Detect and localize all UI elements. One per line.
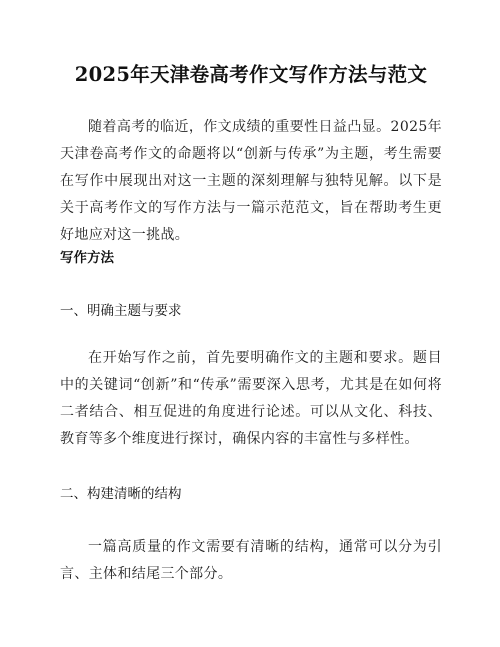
subsection-body-2: 一篇高质量的作文需要有清晰的结构，通常可以分为引言、主体和结尾三个部分。 xyxy=(60,534,442,588)
document-title: 2025年天津卷高考作文写作方法与范文 xyxy=(60,60,442,90)
section-heading: 写作方法 xyxy=(60,246,442,270)
subsection-body-1: 在开始写作之前，首先要明确作文的主题和要求。题目中的关键词“创新”和“传承”需要… xyxy=(60,345,442,453)
subsection-heading-2: 二、构建清晰的结构 xyxy=(60,482,442,506)
intro-paragraph: 随着高考的临近，作文成绩的重要性日益凸显。2025年天津卷高考作文的命题将以“创… xyxy=(60,114,442,249)
subsection-heading-1: 一、明确主题与要求 xyxy=(60,299,442,323)
